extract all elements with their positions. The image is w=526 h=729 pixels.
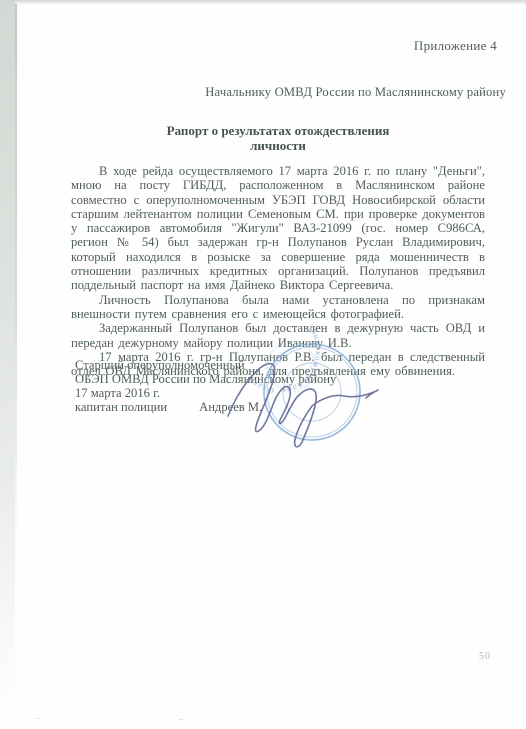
scan-edge-top	[0, 0, 526, 5]
report-title-line2: личности	[71, 138, 485, 153]
report-title-line1: Рапорт о результатах отождествления	[71, 123, 485, 138]
body-paragraph: Личность Полупанова была нами установлен…	[71, 293, 485, 322]
signature-stroke	[295, 389, 317, 447]
appendix-label: Приложение 4	[414, 38, 497, 54]
scan-speck	[179, 719, 183, 720]
signature-stroke	[312, 392, 374, 406]
scan-edge-left-line	[15, 4, 17, 564]
addressee-line: Начальнику ОМВД России по Маслянинскому …	[205, 85, 506, 100]
signer-rank: капитан полиции	[75, 400, 167, 414]
signature-stroke	[274, 386, 298, 423]
scanned-report-page: Приложение 4 Начальнику ОМВД России по М…	[0, 0, 526, 729]
signature-stroke	[228, 364, 275, 432]
body-paragraph: В ходе рейда осуществляемого 17 марта 20…	[71, 164, 485, 293]
report-title: Рапорт о результатах отождествления личн…	[71, 123, 485, 153]
scan-edge-left	[0, 0, 15, 729]
page-number: 50	[479, 651, 491, 662]
handwritten-signature	[222, 352, 382, 452]
scan-speck	[37, 718, 40, 719]
